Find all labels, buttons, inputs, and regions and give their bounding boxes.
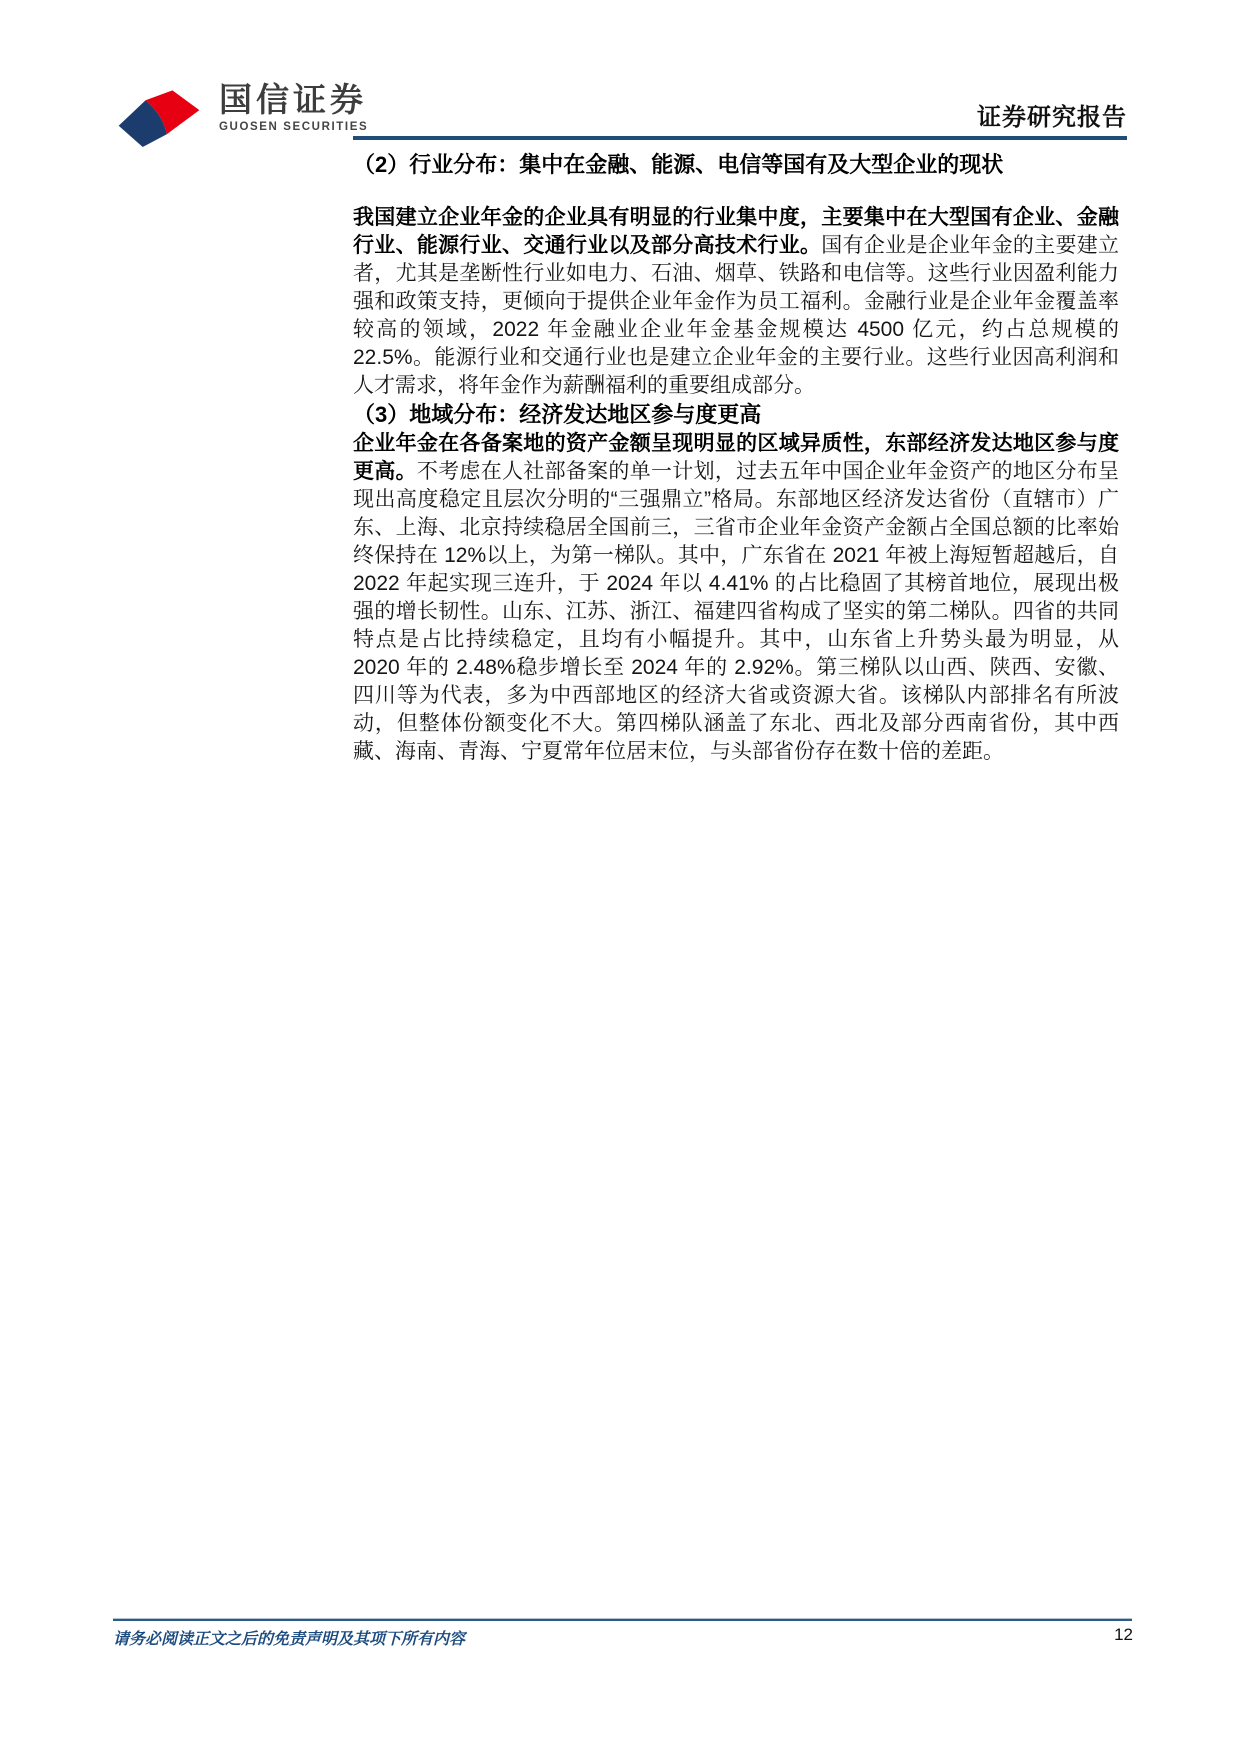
paragraph-industry: 我国建立企业年金的企业具有明显的行业集中度，主要集中在大型国有企业、金融行业、能… [353,204,1119,400]
paragraph-industry-regular: 国有企业是企业年金的主要建立者，尤其是垄断性行业如电力、石油、烟草、铁路和电信等… [353,234,1119,397]
section-heading-industry: （2）行业分布：集中在金融、能源、电信等国有及大型企业的现状 [353,150,1119,180]
paragraph-region: 企业年金在各备案地的资产金额呈现明显的区域异质性，东部经济发达地区参与度更高。不… [353,430,1119,766]
section-heading-region: （3）地域分布：经济发达地区参与度更高 [353,400,1119,430]
page-number: 12 [1114,1625,1133,1645]
guosen-logo-icon [113,88,205,150]
report-type-label: 证券研究报告 [977,97,1127,132]
logo-text: 国信证券 GUOSEN SECURITIES [219,82,368,134]
logo-name-cn: 国信证券 [219,82,368,118]
footer-divider [113,1618,1132,1621]
header-divider [353,136,1127,140]
logo-name-en: GUOSEN SECURITIES [219,120,368,134]
company-logo: 国信证券 GUOSEN SECURITIES [113,82,368,150]
document-body: （2）行业分布：集中在金融、能源、电信等国有及大型企业的现状 我国建立企业年金的… [353,150,1119,766]
footer-disclaimer: 请务必阅读正文之后的免责声明及其项下所有内容 [113,1626,465,1649]
paragraph-region-regular: 不考虑在人社部备案的单一计划，过去五年中国企业年金资产的地区分布呈现出高度稳定且… [353,460,1119,763]
report-page: 国信证券 GUOSEN SECURITIES 证券研究报告 （2）行业分布：集中… [0,0,1241,1754]
